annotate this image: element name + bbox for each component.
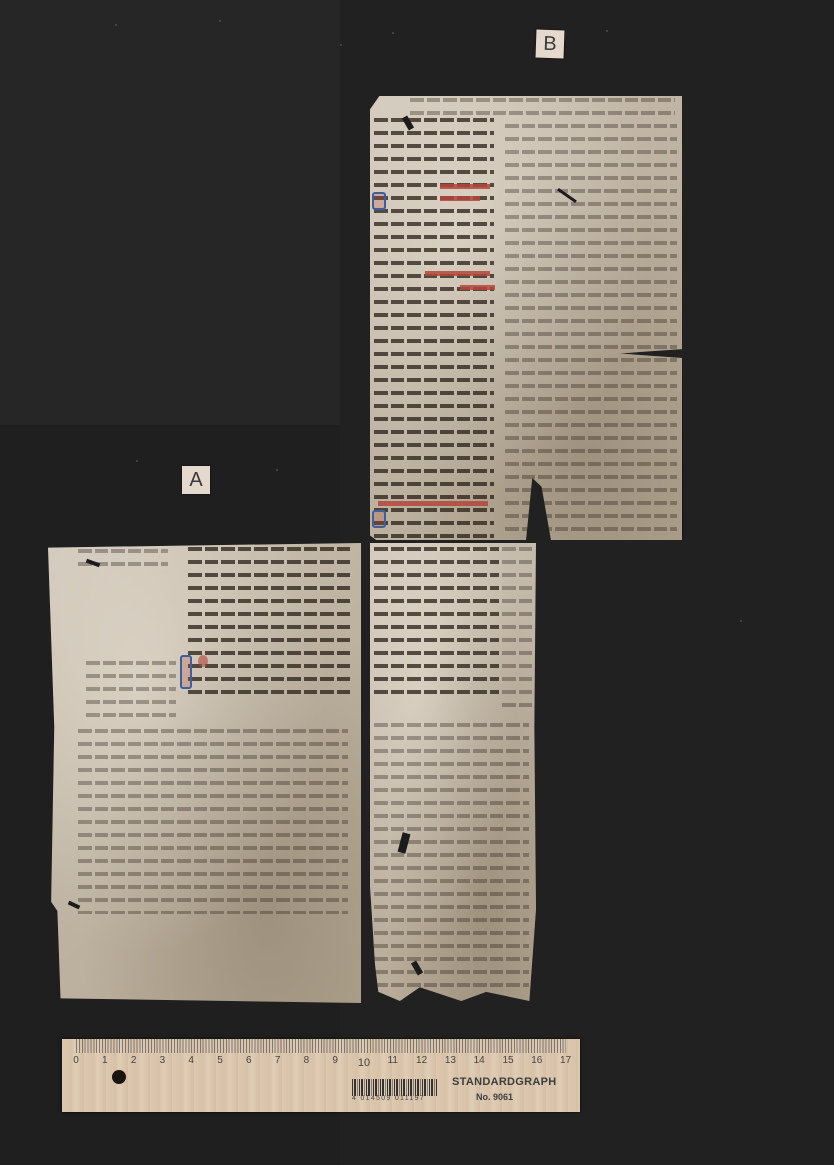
manuscript-fragment-a-strip (370, 543, 536, 1001)
barcode (352, 1079, 438, 1096)
ruler-number: 2 (131, 1055, 137, 1066)
dust-speck (219, 20, 221, 22)
commentary-text (374, 723, 529, 988)
ruler-number: 4 (188, 1055, 194, 1066)
dust-speck (392, 32, 394, 34)
background-panel (0, 0, 340, 425)
decorated-initial (372, 510, 386, 528)
ruler-number: 12 (416, 1055, 427, 1066)
ruler-number: 13 (445, 1055, 456, 1066)
measuring-ruler: 0 1 2 3 4 5 6 7 8 9 10 11 12 13 14 15 16… (62, 1039, 580, 1112)
dust-speck (740, 620, 742, 622)
ruler-ticks (76, 1039, 566, 1053)
ruler-number: 5 (217, 1055, 223, 1066)
ruler-number: 6 (246, 1055, 252, 1066)
rubric-initial (198, 655, 208, 667)
ruler-number: 9 (332, 1055, 338, 1066)
rubric-line (378, 501, 488, 506)
ruler-number: 16 (531, 1055, 542, 1066)
manuscript-fragment-a-leaf (48, 543, 361, 1003)
text-column (188, 547, 353, 697)
ruler-number: 15 (502, 1055, 513, 1066)
manuscript-fragment-b (370, 96, 682, 540)
ruler-number: 0 (73, 1055, 79, 1066)
ruler-number: 17 (560, 1055, 571, 1066)
text-block (410, 98, 675, 116)
ruler-number: 11 (388, 1055, 398, 1066)
text-column-left (374, 118, 494, 538)
fragment-label-a: A (182, 466, 210, 494)
dust-speck (115, 24, 117, 26)
ruler-brand: STANDARDGRAPH (452, 1076, 557, 1088)
commentary-text (78, 729, 348, 914)
ruler-number: 14 (474, 1055, 485, 1066)
ruler-number: 7 (275, 1055, 281, 1066)
fragment-label-b: B (536, 30, 565, 59)
text-column-right (505, 124, 677, 534)
ruler-number: 8 (304, 1055, 310, 1066)
dust-speck (340, 44, 342, 46)
rubric-line (460, 285, 495, 290)
ruler-number: 3 (160, 1055, 166, 1066)
barcode-number: 4 014509 011197 (352, 1095, 425, 1102)
ruler-number: 1 (102, 1055, 108, 1066)
dust-speck (136, 460, 138, 462)
decorated-initial (372, 192, 386, 210)
marginal-gloss (502, 547, 534, 707)
ruler-number: 10 (358, 1057, 370, 1069)
dust-speck (606, 30, 608, 32)
text-column (374, 547, 499, 697)
marginal-gloss (86, 661, 176, 725)
rubric-line (425, 271, 490, 276)
ruler-model: No. 9061 (476, 1092, 513, 1102)
rubric-line (440, 184, 490, 189)
dust-speck (276, 469, 278, 471)
rubric-line (440, 196, 480, 201)
ruler-hanging-hole (112, 1070, 126, 1084)
decorated-initial (180, 655, 192, 689)
